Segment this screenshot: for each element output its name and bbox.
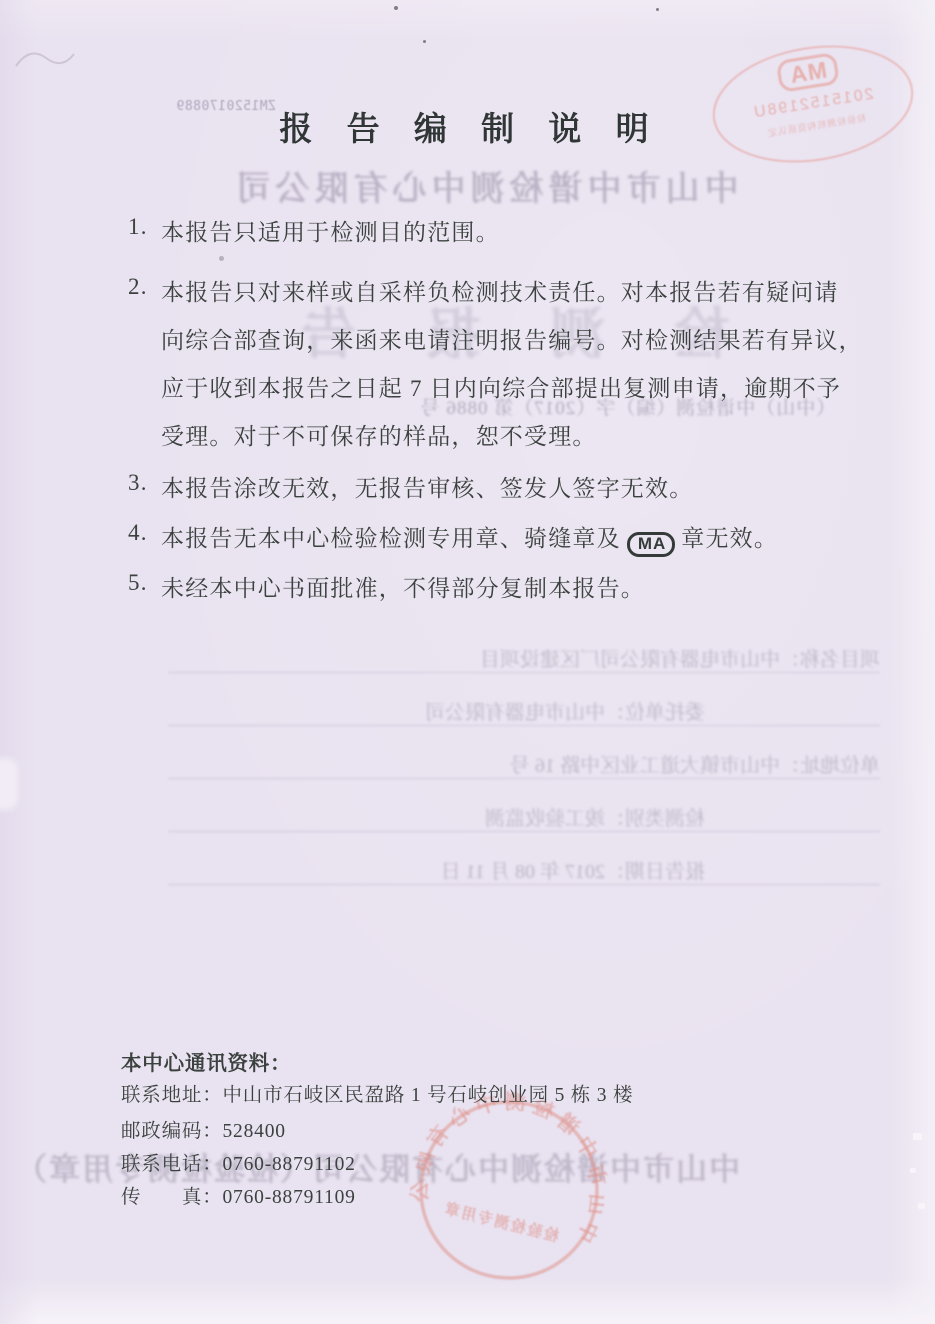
note-item-2-line-1: 2. 本报告只对来样或自采样负检测技术责任。对本报告若有疑问请 (0, 274, 935, 306)
scan-speck (423, 40, 426, 43)
note-item-1: 1. 本报告只适用于检测目的范围。 (0, 214, 935, 246)
note-text: 未经本中心书面批准，不得部分复制本报告。 (161, 570, 645, 603)
paper-crease-highlight (0, 758, 18, 810)
bleed-company-name: 中山市中谱检测中心有限公司 (215, 161, 755, 210)
note-text: 向综合部查询，来函来电请注明报告编号。对检测结果若有异议， (161, 322, 863, 355)
note-text: 受理。对于不可保存的样品，恕不受理。 (161, 418, 597, 451)
note-item-4: 4. 本报告无本中心检验检测专用章、骑缝章及MA章无效。 (0, 520, 935, 552)
bleed-form-row: 检测类别：竣工验收监测 (168, 802, 880, 832)
bleed-form-row: 单位地址：中山市镇大道工业区中路 16 号 (168, 749, 880, 779)
note-text: 本报告涂改无效，无报告审核、签发人签字无效。 (161, 470, 693, 503)
bleed-form-label: 项目名称： (780, 649, 880, 671)
note-item-2-line-4: 受理。对于不可保存的样品，恕不受理。 (0, 418, 935, 450)
cma-ma-icon: MA (776, 52, 840, 93)
bleed-form-row: 报告日期：2017 年 08 月 11 日 (168, 855, 880, 885)
note-item-2-line-3: 应于收到本报告之日起 7 日内向综合部提出复测申请，逾期不予 (0, 370, 935, 402)
note-text-before: 本报告无本中心检验检测专用章、骑缝章及 (161, 526, 621, 551)
scan-speck (394, 6, 398, 10)
note-item-5: 5. 未经本中心书面批准，不得部分复制本报告。 (0, 570, 935, 602)
bleed-form-value: 竣工验收监测 (485, 808, 605, 830)
note-number: 1. (128, 214, 148, 240)
bleed-form-value: 中山市电器有限公司 (425, 702, 605, 724)
contact-phone: 联系电话：0760-88791102 (121, 1148, 821, 1176)
scan-speck (219, 256, 224, 261)
note-text: 本报告无本中心检验检测专用章、骑缝章及MA章无效。 (161, 520, 778, 557)
contact-address: 联系地址：中山市石岐区民盈路 1 号石岐创业园 5 栋 3 楼 (121, 1079, 821, 1107)
note-number: 5. (128, 570, 148, 596)
note-number: 3. (128, 470, 148, 496)
paper-chip (910, 1168, 916, 1173)
bleed-form-label: 单位地址： (780, 755, 880, 777)
bleed-form-value: 2017 年 08 月 11 日 (441, 861, 605, 883)
note-item-3: 3. 本报告涂改无效，无报告审核、签发人签字无效。 (0, 470, 935, 502)
note-item-2-line-2: 向综合部查询，来函来电请注明报告编号。对检测结果若有异议， (0, 322, 935, 354)
note-number: 4. (128, 520, 148, 546)
paper-chip (913, 1133, 922, 1140)
bleed-form-row: 委托单位：中山市电器有限公司 (168, 696, 880, 726)
note-number: 2. (128, 274, 148, 300)
bleed-form-label: 委托单位： (605, 702, 705, 724)
paper-chip (918, 1203, 925, 1209)
page-title: 报 告 编 制 说 明 (0, 103, 935, 150)
bleed-form-value: 中山市镇大道工业区中路 16 号 (510, 755, 780, 777)
note-text: 本报告只对来样或自采样负检测技术责任。对本报告若有疑问请 (161, 274, 839, 307)
contact-zip: 邮政编码：528400 (121, 1115, 821, 1143)
note-text: 应于收到本报告之日起 7 日内向综合部提出复测申请，逾期不予 (161, 370, 841, 403)
pencil-scribble (12, 36, 84, 82)
bleed-form-row: 项目名称：中山市电器有限公司厂区建设项目 (168, 643, 880, 673)
bleed-form-block: 项目名称：中山市电器有限公司厂区建设项目 委托单位：中山市电器有限公司 单位地址… (168, 643, 880, 908)
note-text: 本报告只适用于检测目的范围。 (161, 214, 500, 247)
contact-heading: 本中心通讯资料： (121, 1046, 821, 1076)
bleed-form-label: 报告日期： (605, 861, 705, 883)
contact-fax: 传 真：0760-88791109 (121, 1181, 821, 1209)
bleed-form-label: 检测类别： (605, 808, 705, 830)
scan-speck (656, 8, 659, 11)
note-text-after: 章无效。 (681, 526, 778, 551)
cma-inline-icon: MA (627, 532, 675, 557)
bleed-form-value: 中山市电器有限公司厂区建设项目 (480, 649, 780, 671)
scanned-document-page: ZM1520170889 中山市中谱检测中心有限公司 检 测 报 告 （中山）中… (0, 0, 935, 1324)
